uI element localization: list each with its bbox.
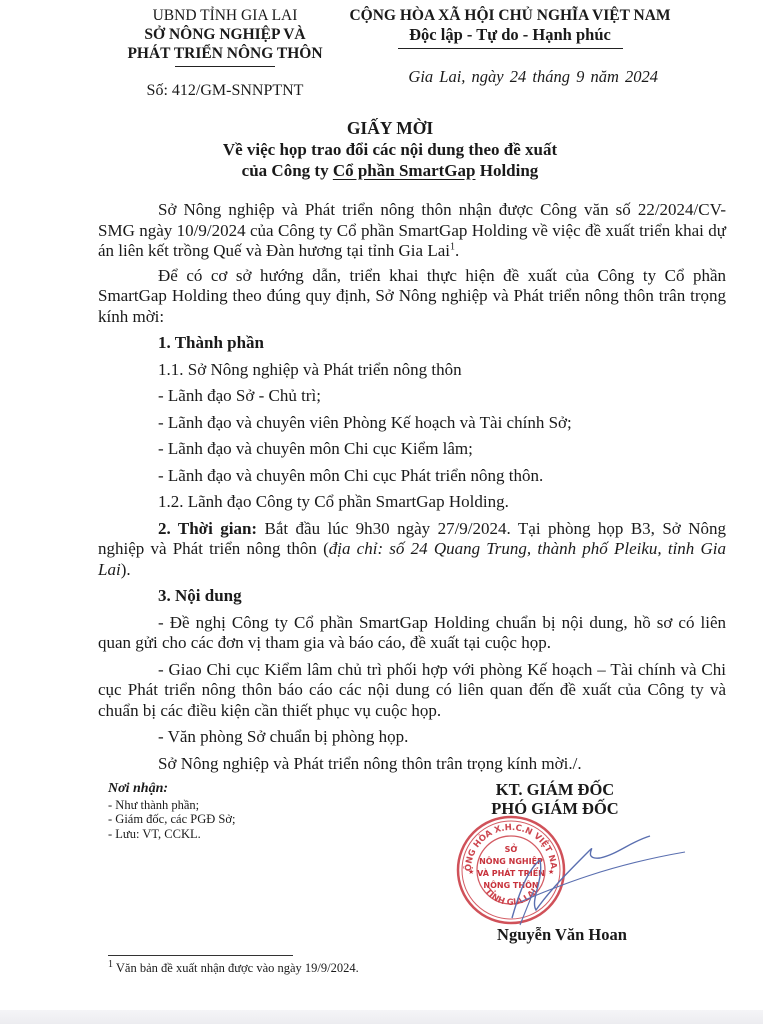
document-title: GIẤY MỜI Về việc họp trao đổi các nội du… (100, 118, 680, 181)
document-number: Số: 412/GM-SNNPTNT (100, 81, 350, 100)
section2-time-place: 2. Thời gian: Bắt đầu lúc 9h30 ngày 27/9… (98, 519, 726, 581)
document-page: UBND TỈNH GIA LAI SỞ NÔNG NGHIỆP VÀ PHÁT… (0, 0, 763, 1010)
agency-name-line2: PHÁT TRIỂN NÔNG THÔN (100, 44, 350, 63)
recipient-item: - Giám đốc, các PGĐ Sở; (108, 812, 235, 827)
document-date: Gia Lai, ngày 24 tháng 9 năm 2024 (340, 67, 680, 86)
svg-text:★: ★ (468, 868, 474, 876)
signature-role-line1: KT. GIÁM ĐỐC (440, 780, 670, 799)
participant-item: 1.2. Lãnh đạo Công ty Cổ phần SmartGap H… (98, 492, 726, 513)
footnote: 1 Văn bản đề xuất nhận được vào ngày 19/… (108, 961, 359, 976)
content-item: - Đề nghị Công ty Cổ phần SmartGap Holdi… (98, 613, 726, 654)
recipient-item: - Lưu: VT, CCKL. (108, 827, 235, 842)
viewer-bottom-edge (0, 1010, 763, 1024)
participant-item: - Lãnh đạo và chuyên môn Chi cục Kiểm lâ… (98, 439, 726, 460)
participant-item: - Lãnh đạo và chuyên viên Phòng Kế hoạch… (98, 413, 726, 434)
content-item: - Văn phòng Sở chuẩn bị phòng họp. (98, 727, 726, 748)
closing-sentence: Sở Nông nghiệp và Phát triển nông thôn t… (98, 754, 726, 775)
motto-divider (398, 48, 623, 49)
participant-item: 1.1. Sở Nông nghiệp và Phát triển nông t… (98, 360, 726, 381)
signature-title: KT. GIÁM ĐỐC PHÓ GIÁM ĐỐC (440, 780, 670, 818)
national-motto: Độc lập - Tự do - Hạnh phúc (340, 25, 680, 44)
title-subject-line1: Về việc họp trao đổi các nội dung theo đ… (100, 139, 680, 160)
section1-title: 1. Thành phần (98, 333, 726, 354)
issuing-agency-header: UBND TỈNH GIA LAI SỞ NÔNG NGHIỆP VÀ PHÁT… (100, 6, 350, 100)
agency-parent: UBND TỈNH GIA LAI (100, 6, 350, 25)
title-main: GIẤY MỜI (100, 118, 680, 139)
handwritten-signature-icon (500, 830, 690, 930)
title-sub-suffix: Holding (475, 161, 538, 180)
intro-text: Sở Nông nghiệp và Phát triển nông thôn n… (98, 200, 726, 260)
title-subject-line2: của Công ty Cổ phần SmartGap Holding (100, 160, 680, 181)
participant-item: - Lãnh đạo Sở - Chủ trì; (98, 386, 726, 407)
national-header: CỘNG HÒA XÃ HỘI CHỦ NGHĨA VIỆT NAM Độc l… (340, 6, 680, 86)
agency-name-line1: SỞ NÔNG NGHIỆP VÀ (100, 25, 350, 44)
intro-paragraph: Sở Nông nghiệp và Phát triển nông thôn n… (98, 200, 726, 262)
footnote-divider (108, 955, 293, 956)
footnote-text: Văn bản đề xuất nhận được vào ngày 19/9/… (113, 961, 359, 975)
content-item: - Giao Chi cục Kiểm lâm chủ trì phối hợp… (98, 660, 726, 722)
participant-item: - Lãnh đạo và chuyên môn Chi cục Phát tr… (98, 466, 726, 487)
recipients-heading: Nơi nhận: (108, 782, 235, 797)
title-sub-prefix: của Công ty (242, 161, 333, 180)
national-title: CỘNG HÒA XÃ HỘI CHỦ NGHĨA VIỆT NAM (340, 6, 680, 25)
document-body: Sở Nông nghiệp và Phát triển nông thôn n… (98, 200, 726, 778)
purpose-paragraph: Để có cơ sở hướng dẫn, triển khai thực h… (98, 266, 726, 328)
header-divider (175, 66, 275, 67)
recipients-block: Nơi nhận: - Như thành phần; - Giám đốc, … (108, 782, 235, 841)
recipient-item: - Như thành phần; (108, 798, 235, 813)
signer-name: Nguyễn Văn Hoan (462, 925, 662, 945)
intro-end: . (455, 241, 459, 260)
section2-label: 2. Thời gian: (158, 519, 257, 538)
section2-end: ). (121, 560, 131, 579)
title-sub-underlined: Cổ phần SmartGap (333, 161, 476, 180)
section3-title: 3. Nội dung (98, 586, 726, 607)
